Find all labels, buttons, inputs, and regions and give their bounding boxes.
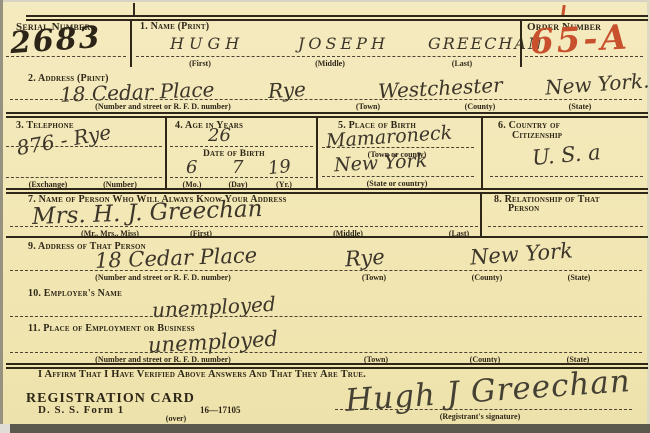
name-sub-last: (Last) [452, 60, 472, 68]
affirmation-text: I Affirm That I Have Verified Above Answ… [38, 370, 366, 381]
name-line [136, 56, 516, 57]
contact-address-sub-town: (Town) [362, 274, 386, 282]
over-label: (over) [166, 415, 186, 423]
print-code: 16—17105 [200, 406, 241, 415]
citizenship-line [490, 176, 643, 177]
rule-row4-row5 [6, 236, 648, 238]
name-sub-middle: (Middle) [315, 60, 345, 68]
registration-card-scan: Serial Number 2683 1. Name (Print) HUGH … [0, 0, 650, 433]
address-street-value: 18 Cedar Place [60, 79, 215, 104]
employment-line [10, 352, 642, 353]
birthplace-line-2 [322, 176, 474, 177]
birthplace-sub-state: (State or country) [367, 180, 428, 188]
telephone-line-2 [6, 177, 162, 178]
divider-serial-name [130, 20, 132, 67]
address-county-value: Westchester [378, 75, 504, 101]
scan-edge-bottom [0, 424, 650, 433]
name-first-value: HUGH [170, 36, 244, 52]
signature-sub-label: (Registrant's signature) [440, 413, 521, 421]
citizenship-value: U. S. a [531, 142, 601, 169]
birthplace-state-value: New York [334, 152, 428, 176]
divider-contact-relationship [480, 192, 482, 236]
serial-line [6, 56, 126, 57]
citizenship-label-line2: Citizenship [512, 131, 562, 141]
contact-value: Mrs. H. J. Greechan [32, 198, 263, 229]
dob-year-value: 19 [267, 158, 292, 178]
relationship-label-line2: Person [508, 204, 539, 214]
employer-line [10, 316, 642, 317]
dob-line [170, 177, 313, 178]
dob-month-value: 6 [186, 159, 197, 177]
telephone-line-1 [6, 146, 162, 147]
employer-label: 10. Employer's Name [28, 289, 122, 299]
serial-number-value: 2683 [9, 23, 102, 59]
scan-edge-left [0, 0, 3, 426]
contact-address-line [10, 270, 642, 271]
divider-age-birth [316, 117, 318, 190]
contact-address-street-value: 18 Cedar Place [95, 245, 258, 272]
divider-name-order [520, 20, 522, 67]
rule-row2-row3 [6, 112, 648, 118]
scan-edge-top [0, 0, 650, 2]
address-state-value: New York. [544, 70, 650, 97]
order-line [525, 56, 643, 57]
scan-notch [0, 424, 10, 433]
name-label: 1. Name (Print) [140, 22, 209, 32]
contact-address-sub-state: (State) [568, 274, 591, 282]
address-town-value: Rye [268, 79, 307, 101]
contact-address-state-value: New York [469, 240, 573, 268]
divider-phone-age [165, 117, 167, 190]
contact-address-town-value: Rye [344, 247, 385, 271]
address-line [10, 99, 642, 100]
address-sub-town: (Town) [356, 103, 380, 111]
age-value: 26 [208, 127, 231, 145]
relationship-line [488, 226, 643, 227]
name-sub-first: (First) [189, 60, 211, 68]
divider-birth-citizenship [481, 117, 483, 190]
signature-line [335, 409, 632, 410]
age-line [170, 146, 313, 147]
contact-address-sub-street: (Number and street or R. F. D. number) [95, 274, 231, 282]
address-sub-state: (State) [569, 103, 592, 111]
order-number-value: 65-A [529, 20, 630, 59]
contact-address-sub-county: (County) [472, 274, 503, 282]
dob-day-value: 7 [232, 159, 243, 177]
address-sub-street: (Number and street or R. F. D. number) [95, 103, 231, 111]
contact-line [10, 226, 478, 227]
birthplace-line-1 [322, 147, 474, 148]
form-name: D. S. S. Form 1 [38, 405, 124, 416]
name-last-value: GREECHAN [428, 36, 544, 52]
address-sub-county: (County) [465, 103, 496, 111]
name-middle-value: JOSEPH [298, 36, 389, 52]
